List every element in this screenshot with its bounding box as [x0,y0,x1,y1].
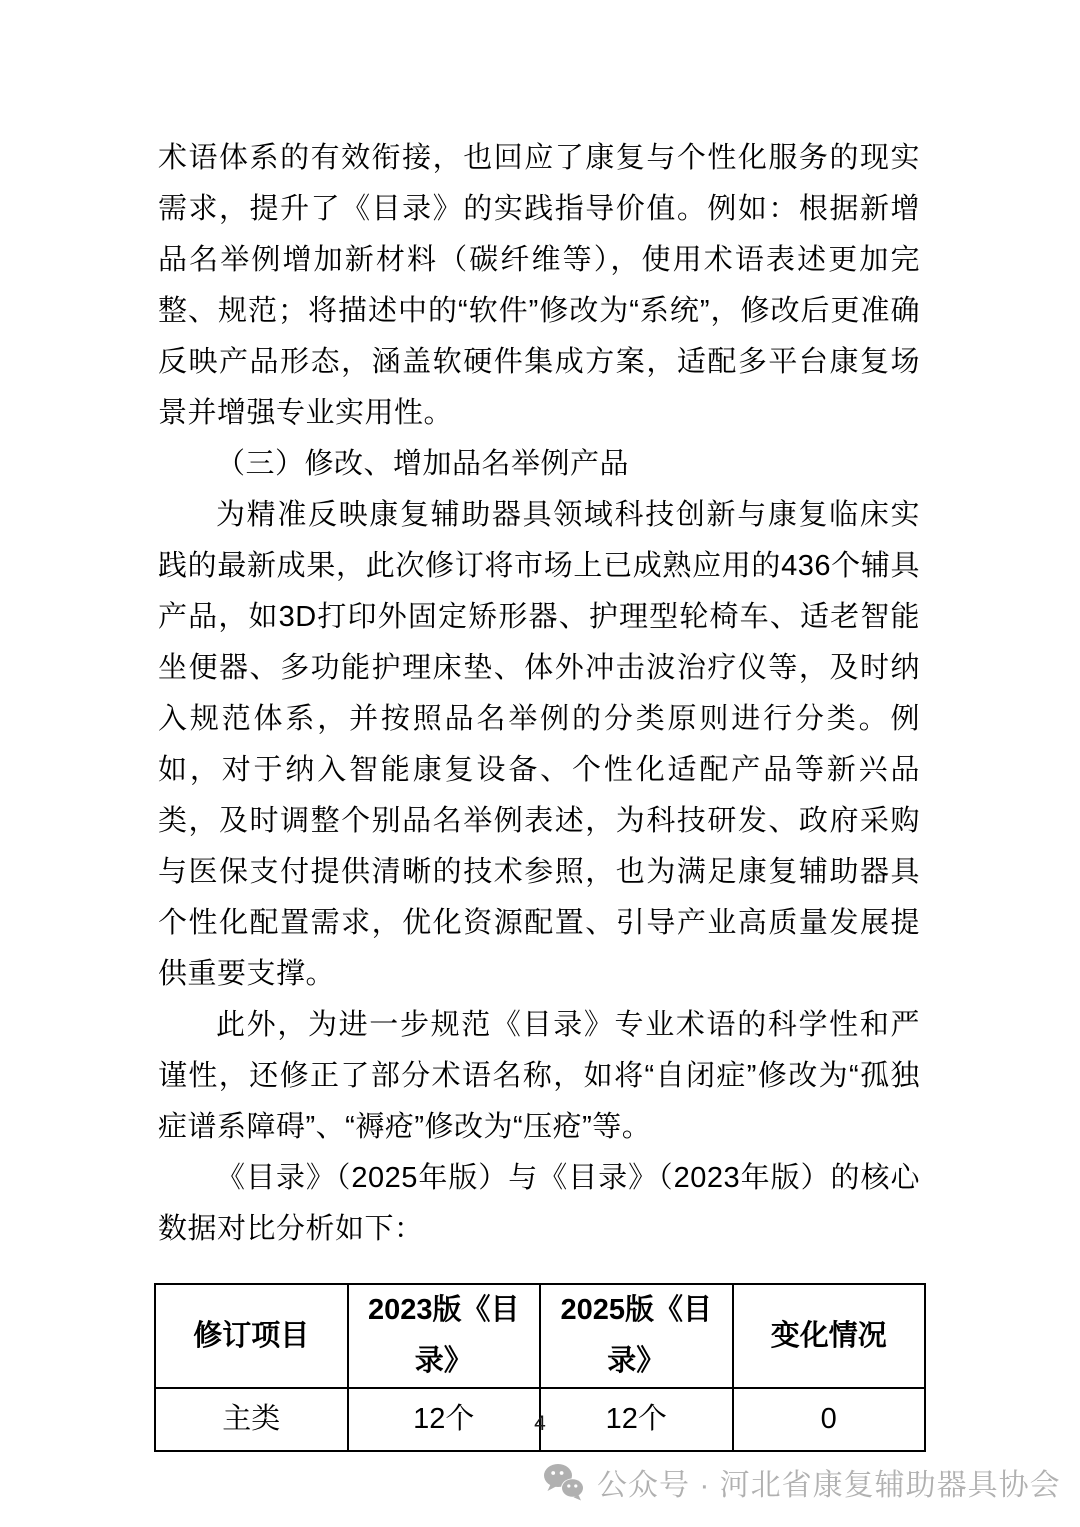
table-header-cell: 2025版《目录》 [540,1284,733,1388]
document-page: 术语体系的有效衔接，也回应了康复与个性化服务的现实需求，提升了《目录》的实践指导… [0,0,1080,1527]
table-header-row: 修订项目 2023版《目录》 2025版《目录》 变化情况 [155,1284,925,1388]
document-body: 术语体系的有效衔接，也回应了康复与个性化服务的现实需求，提升了《目录》的实践指导… [158,133,920,1452]
table-header-cell: 变化情况 [733,1284,926,1388]
paragraph: 《目录》（2025年版）与《目录》（2023年版）的核心数据对比分析如下： [158,1153,920,1255]
watermark-text: 公众号 · 河北省康复辅助器具协会 [597,1460,1061,1504]
table-header-cell: 修订项目 [155,1284,348,1388]
paragraph: 此外，为进一步规范《目录》专业术语的科学性和严谨性，还修正了部分术语名称，如将“… [158,1000,920,1153]
page-number: 4 [0,1412,1080,1436]
paragraph: 为精准反映康复辅助器具领域科技创新与康复临床实践的最新成果，此次修订将市场上已成… [158,490,920,1000]
table-header-cell: 2023版《目录》 [348,1284,541,1388]
paragraph-continuation: 术语体系的有效衔接，也回应了康复与个性化服务的现实需求，提升了《目录》的实践指导… [158,133,920,439]
section-heading: （三）修改、增加品名举例产品 [158,439,920,490]
watermark: 公众号 · 河北省康复辅助器具协会 [543,1460,1061,1504]
wechat-icon [543,1463,585,1501]
